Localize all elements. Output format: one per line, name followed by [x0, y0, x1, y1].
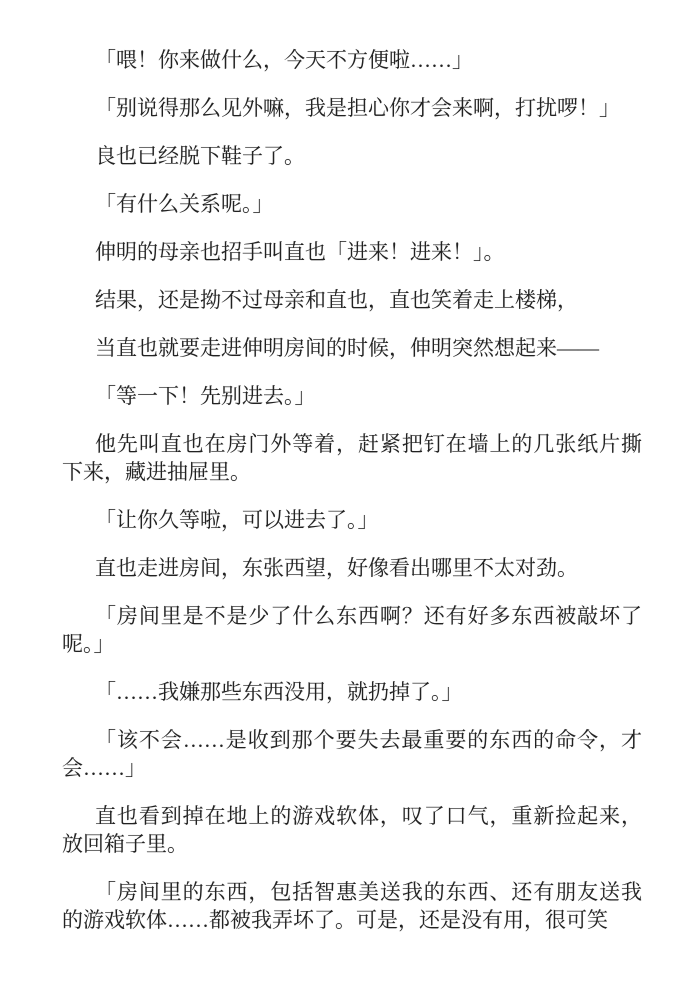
text-line: 直也走进房间，东张西望，好像看出哪里不太对劲。 — [62, 554, 642, 582]
paragraph: 「让你久等啦，可以进去了。」 — [62, 506, 642, 534]
text-line: 放回箱子里。 — [62, 830, 642, 858]
text-line: 直也看到掉在地上的游戏软体，叹了口气，重新捡起来， — [62, 802, 642, 830]
text-line: 「该不会……是收到那个要失去最重要的东西的命令，才 — [62, 726, 642, 754]
text-line: 当直也就要走进伸明房间的时候，伸明突然想起来—— — [62, 334, 642, 362]
paragraph: 直也走进房间，东张西望，好像看出哪里不太对劲。 — [62, 554, 642, 582]
paragraph: 伸明的母亲也招手叫直也「进来！进来！」。 — [62, 238, 642, 266]
text-line: 的游戏软体……都被我弄坏了。可是，还是没有用，很可笑 — [62, 906, 642, 934]
paragraph: 「……我嫌那些东西没用，就扔掉了。」 — [62, 678, 642, 706]
paragraph: 「房间里的东西，包括智惠美送我的东西、还有朋友送我的游戏软体……都被我弄坏了。可… — [62, 878, 642, 934]
text-line: 「喂！你来做什么，今天不方便啦……」 — [62, 46, 642, 74]
page: 「喂！你来做什么，今天不方便啦……」「别说得那么见外嘛，我是担心你才会来啊，打扰… — [0, 0, 700, 992]
text-line: 他先叫直也在房门外等着，赶紧把钉在墙上的几张纸片撕 — [62, 430, 642, 458]
text-line: 呢。」 — [62, 630, 642, 658]
paragraph: 「别说得那么见外嘛，我是担心你才会来啊，打扰啰！」 — [62, 94, 642, 122]
text-block: 「喂！你来做什么，今天不方便啦……」「别说得那么见外嘛，我是担心你才会来啊，打扰… — [0, 0, 700, 934]
paragraph: 「房间里是不是少了什么东西啊？还有好多东西被敲坏了呢。」 — [62, 602, 642, 658]
paragraph: 「有什么关系呢。」 — [62, 190, 642, 218]
text-line: 「别说得那么见外嘛，我是担心你才会来啊，打扰啰！」 — [62, 94, 642, 122]
paragraph: 他先叫直也在房门外等着，赶紧把钉在墙上的几张纸片撕下来，藏进抽屉里。 — [62, 430, 642, 486]
paragraph: 「等一下！先别进去。」 — [62, 382, 642, 410]
text-line: 结果，还是拗不过母亲和直也，直也笑着走上楼梯， — [62, 286, 642, 314]
text-line: 下来，藏进抽屉里。 — [62, 458, 642, 486]
paragraph: 当直也就要走进伸明房间的时候，伸明突然想起来—— — [62, 334, 642, 362]
text-line: 会……」 — [62, 754, 642, 782]
paragraph: 「喂！你来做什么，今天不方便啦……」 — [62, 46, 642, 74]
text-line: 「……我嫌那些东西没用，就扔掉了。」 — [62, 678, 642, 706]
text-line: 「让你久等啦，可以进去了。」 — [62, 506, 642, 534]
paragraph: 直也看到掉在地上的游戏软体，叹了口气，重新捡起来，放回箱子里。 — [62, 802, 642, 858]
text-line: 「等一下！先别进去。」 — [62, 382, 642, 410]
paragraph: 「该不会……是收到那个要失去最重要的东西的命令，才会……」 — [62, 726, 642, 782]
paragraph: 结果，还是拗不过母亲和直也，直也笑着走上楼梯， — [62, 286, 642, 314]
paragraph: 良也已经脱下鞋子了。 — [62, 142, 642, 170]
text-line: 「房间里是不是少了什么东西啊？还有好多东西被敲坏了 — [62, 602, 642, 630]
text-line: 良也已经脱下鞋子了。 — [62, 142, 642, 170]
text-line: 「有什么关系呢。」 — [62, 190, 642, 218]
text-line: 伸明的母亲也招手叫直也「进来！进来！」。 — [62, 238, 642, 266]
text-line: 「房间里的东西，包括智惠美送我的东西、还有朋友送我 — [62, 878, 642, 906]
